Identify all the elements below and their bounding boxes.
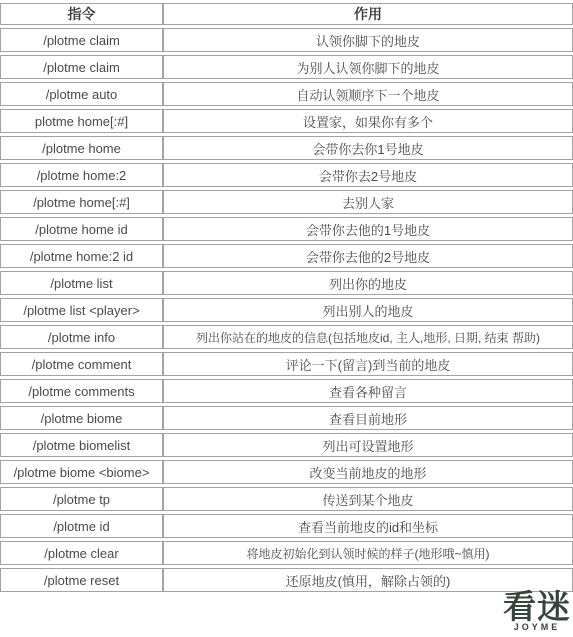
command-cell: /plotme list: [0, 271, 163, 295]
command-cell: /plotme claim: [0, 55, 163, 79]
table-row: /plotme auto自动认领顺序下一个地皮: [0, 82, 573, 106]
effect-cell: 列出可设置地形: [163, 433, 573, 457]
command-cell: /plotme biomelist: [0, 433, 163, 457]
effect-cell: 会带你去他的2号地皮: [163, 244, 573, 268]
table-row: /plotme info列出你站在的地皮的信息(包括地皮id, 主人,地形, 日…: [0, 325, 573, 349]
table-row: /plotme home id会带你去他的1号地皮: [0, 217, 573, 241]
effect-cell: 查看各种留言: [163, 379, 573, 403]
table-row: /plotme home会带你去你1号地皮: [0, 136, 573, 160]
joyme-brand-text: JOYME: [503, 623, 571, 632]
command-cell: /plotme home:2 id: [0, 244, 163, 268]
effect-cell: 查看目前地形: [163, 406, 573, 430]
effect-cell: 传送到某个地皮: [163, 487, 573, 511]
table-header: 指令 作用: [0, 3, 573, 25]
effect-cell: 会带你去2号地皮: [163, 163, 573, 187]
effect-cell: 查看当前地皮的id和坐标: [163, 514, 573, 538]
command-cell: /plotme home:2: [0, 163, 163, 187]
table-row: /plotme claim认领你脚下的地皮: [0, 28, 573, 52]
command-cell: /plotme id: [0, 514, 163, 538]
command-cell: /plotme tp: [0, 487, 163, 511]
table-row: /plotme id查看当前地皮的id和坐标: [0, 514, 573, 538]
table-row: /plotme biome查看目前地形: [0, 406, 573, 430]
effect-cell: 评论一下(留言)到当前的地皮: [163, 352, 573, 376]
effect-cell: 为别人认领你脚下的地皮: [163, 55, 573, 79]
effect-cell: 还原地皮(慎用，解除占领的): [163, 568, 573, 592]
header-row: 指令 作用: [0, 3, 573, 25]
table-row: /plotme home:2会带你去2号地皮: [0, 163, 573, 187]
table-row: /plotme comment评论一下(留言)到当前的地皮: [0, 352, 573, 376]
effect-cell: 会带你去他的1号地皮: [163, 217, 573, 241]
table-row: /plotme home:2 id会带你去他的2号地皮: [0, 244, 573, 268]
plotme-command-table: 指令 作用 /plotme claim认领你脚下的地皮/plotme claim…: [0, 0, 573, 595]
effect-cell: 设置家，如果你有多个: [163, 109, 573, 133]
effect-cell: 改变当前地皮的地形: [163, 460, 573, 484]
effect-cell: 列出别人的地皮: [163, 298, 573, 322]
command-cell: /plotme home[:#]: [0, 190, 163, 214]
command-cell: /plotme list <player>: [0, 298, 163, 322]
effect-cell: 列出你的地皮: [163, 271, 573, 295]
effect-cell: 将地皮初始化到认领时候的样子(地形哦~慎用): [163, 541, 573, 565]
table-row: /plotme comments查看各种留言: [0, 379, 573, 403]
effect-cell: 去别人家: [163, 190, 573, 214]
table-row: plotme home[:#]设置家，如果你有多个: [0, 109, 573, 133]
table-body: /plotme claim认领你脚下的地皮/plotme claim为别人认领你…: [0, 28, 573, 592]
table-row: /plotme home[:#]去别人家: [0, 190, 573, 214]
table-row: /plotme tp传送到某个地皮: [0, 487, 573, 511]
table-row: /plotme biome <biome>改变当前地皮的地形: [0, 460, 573, 484]
command-cell: /plotme home: [0, 136, 163, 160]
command-cell: /plotme claim: [0, 28, 163, 52]
table-row: /plotme claim为别人认领你脚下的地皮: [0, 55, 573, 79]
joyme-logo: 看迷: [503, 592, 571, 622]
effect-cell: 列出你站在的地皮的信息(包括地皮id, 主人,地形, 日期, 结束 帮助): [163, 325, 573, 349]
joyme-watermark: 看迷 JOYME: [503, 592, 571, 632]
table-row: /plotme biomelist列出可设置地形: [0, 433, 573, 457]
command-cell: /plotme auto: [0, 82, 163, 106]
command-cell: /plotme home id: [0, 217, 163, 241]
command-cell: /plotme biome <biome>: [0, 460, 163, 484]
command-cell: /plotme clear: [0, 541, 163, 565]
table-row: /plotme clear将地皮初始化到认领时候的样子(地形哦~慎用): [0, 541, 573, 565]
command-cell: /plotme biome: [0, 406, 163, 430]
column-header-effect: 作用: [163, 3, 573, 25]
table-row: /plotme list <player>列出别人的地皮: [0, 298, 573, 322]
command-cell: /plotme comment: [0, 352, 163, 376]
effect-cell: 认领你脚下的地皮: [163, 28, 573, 52]
command-cell: plotme home[:#]: [0, 109, 163, 133]
table-row: /plotme reset还原地皮(慎用，解除占领的): [0, 568, 573, 592]
column-header-command: 指令: [0, 3, 163, 25]
effect-cell: 会带你去你1号地皮: [163, 136, 573, 160]
command-cell: /plotme info: [0, 325, 163, 349]
effect-cell: 自动认领顺序下一个地皮: [163, 82, 573, 106]
table-row: /plotme list列出你的地皮: [0, 271, 573, 295]
command-cell: /plotme comments: [0, 379, 163, 403]
command-cell: /plotme reset: [0, 568, 163, 592]
